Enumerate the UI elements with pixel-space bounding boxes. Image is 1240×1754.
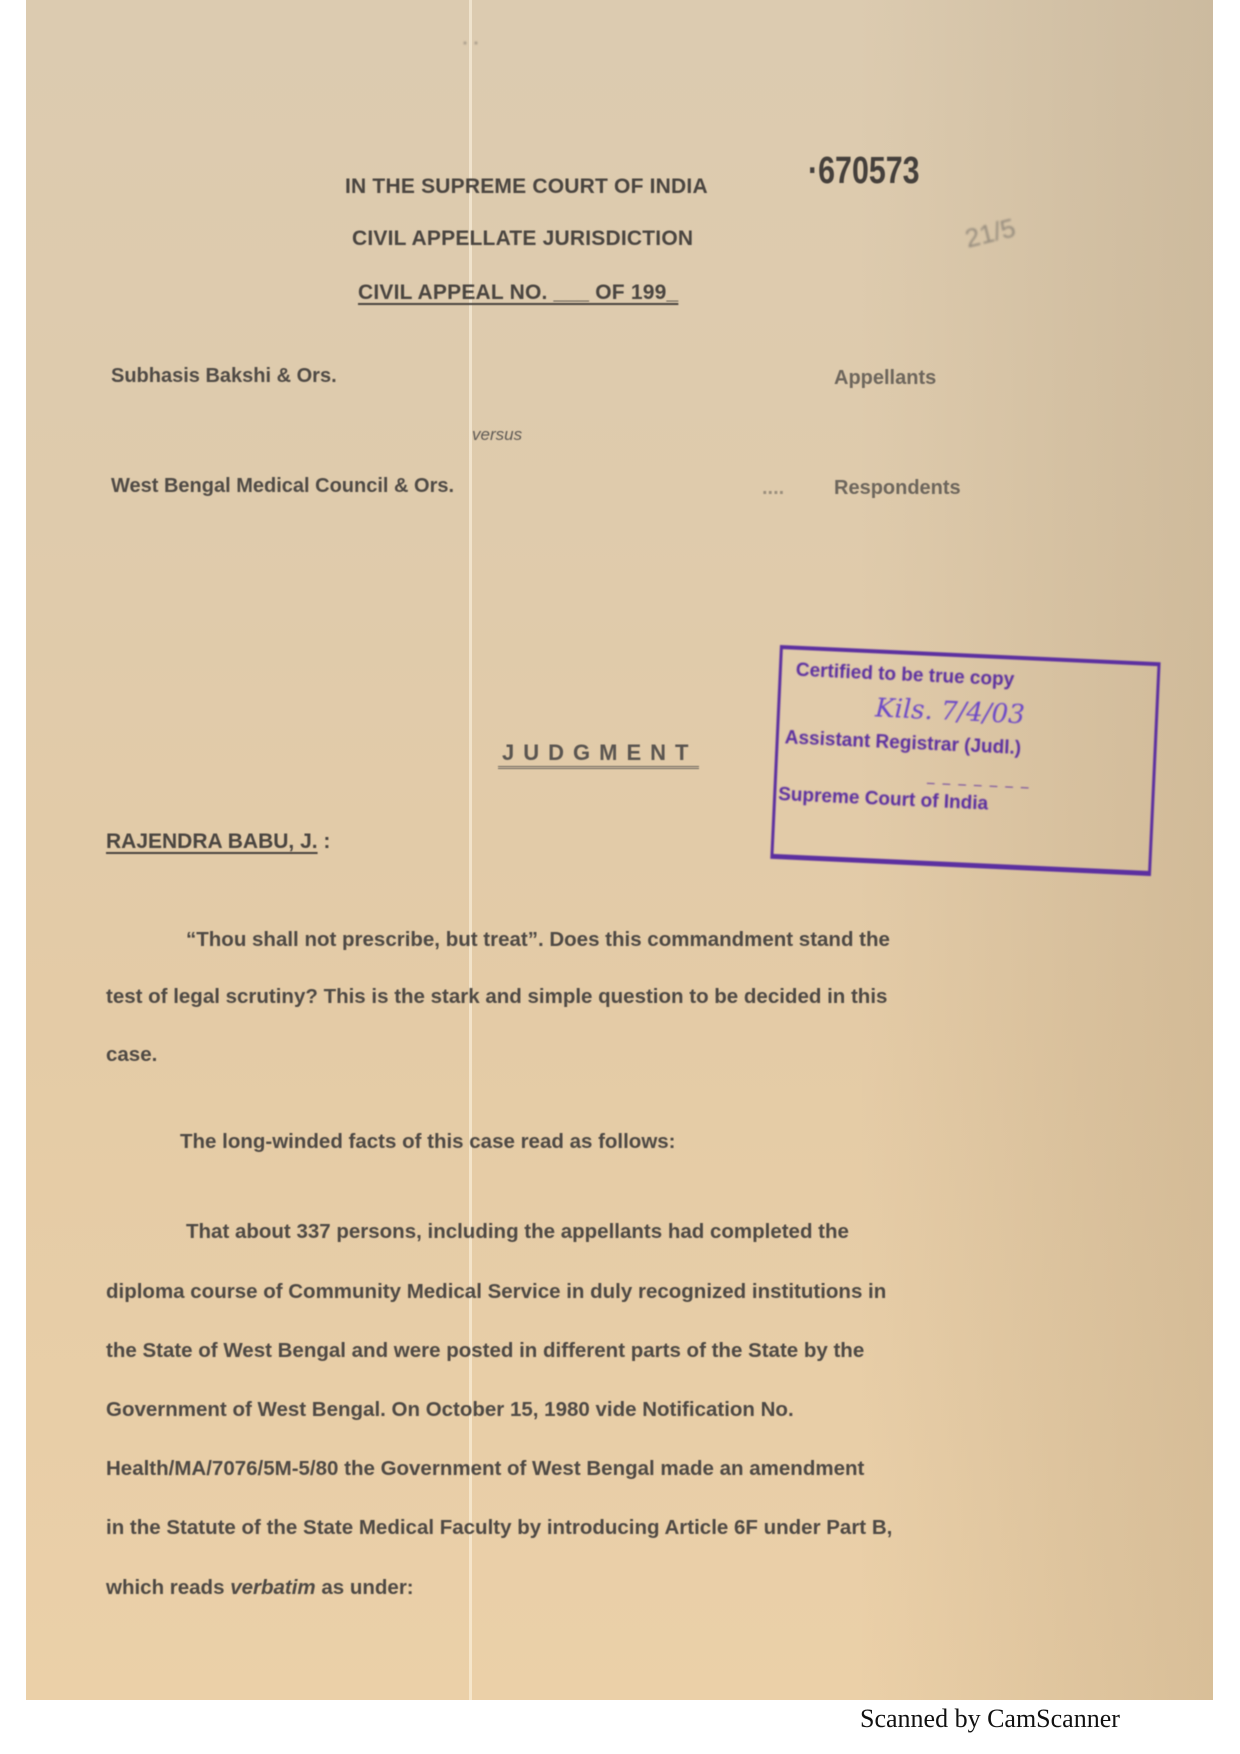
judge-name: RAJENDRA BABU, J. bbox=[106, 830, 318, 853]
paragraph-3-line-3: the State of West Bengal and were posted… bbox=[106, 1339, 864, 1363]
judge-suffix: : bbox=[318, 830, 331, 853]
stamp-signature: Kils. 7/4/03 bbox=[875, 693, 1026, 730]
paragraph-3-line-7: which reads verbatim as under: bbox=[106, 1576, 414, 1600]
paragraph-3-line-7-end: as under: bbox=[316, 1576, 414, 1599]
paragraph-3-line-7-start: which reads bbox=[106, 1576, 230, 1599]
court-heading: IN THE SUPREME COURT OF INDIA bbox=[345, 175, 708, 199]
versus-label: versus bbox=[472, 425, 522, 445]
paragraph-3-line-6: in the Statute of the State Medical Facu… bbox=[106, 1516, 892, 1540]
ink-speck: · · bbox=[462, 32, 479, 53]
paragraph-1-line-2: test of legal scrutiny? This is the star… bbox=[106, 985, 887, 1009]
paragraph-1-line-1: “Thou shall not prescribe, but treat”. D… bbox=[186, 928, 890, 952]
respondents-name: West Bengal Medical Council & Ors. bbox=[111, 475, 454, 498]
appeal-number-heading: CIVIL APPEAL NO. ___ OF 199_ bbox=[358, 281, 678, 305]
appellants-name: Subhasis Bakshi & Ors. bbox=[111, 365, 337, 388]
document-serial-number: ·670573 bbox=[808, 150, 920, 193]
paragraph-2-line-1: The long-winded facts of this case read … bbox=[180, 1130, 676, 1154]
paragraph-3-italic-word: verbatim bbox=[230, 1576, 315, 1599]
judgment-title: JUDGMENT bbox=[498, 740, 699, 769]
stamp-registrar-line: Assistant Registrar (Judl.) bbox=[784, 727, 1021, 760]
paragraph-3-line-4: Government of West Bengal. On October 15… bbox=[106, 1398, 794, 1422]
stamp-certified-line: Certified to be true copy bbox=[795, 660, 1014, 692]
jurisdiction-heading: CIVIL APPELLATE JURISDICTION bbox=[352, 227, 693, 251]
appellants-role: Appellants bbox=[834, 367, 936, 390]
paragraph-3-line-5: Health/MA/7076/5M-5/80 the Government of… bbox=[106, 1457, 864, 1481]
paragraph-1-line-3: case. bbox=[106, 1043, 157, 1067]
judgment-title-wrap: JUDGMENT bbox=[498, 740, 699, 766]
page-fold-crease bbox=[469, 0, 472, 1700]
respondents-dots: .... bbox=[762, 477, 784, 500]
paragraph-3-line-2: diploma course of Community Medical Serv… bbox=[106, 1280, 886, 1304]
judge-line: RAJENDRA BABU, J. : bbox=[106, 830, 330, 854]
respondents-role: Respondents bbox=[834, 477, 961, 500]
camscanner-watermark: Scanned by CamScanner bbox=[860, 1704, 1120, 1734]
paragraph-3-line-1: That about 337 persons, including the ap… bbox=[186, 1220, 849, 1244]
certified-copy-stamp: Certified to be true copy Kils. 7/4/03 A… bbox=[770, 645, 1160, 876]
